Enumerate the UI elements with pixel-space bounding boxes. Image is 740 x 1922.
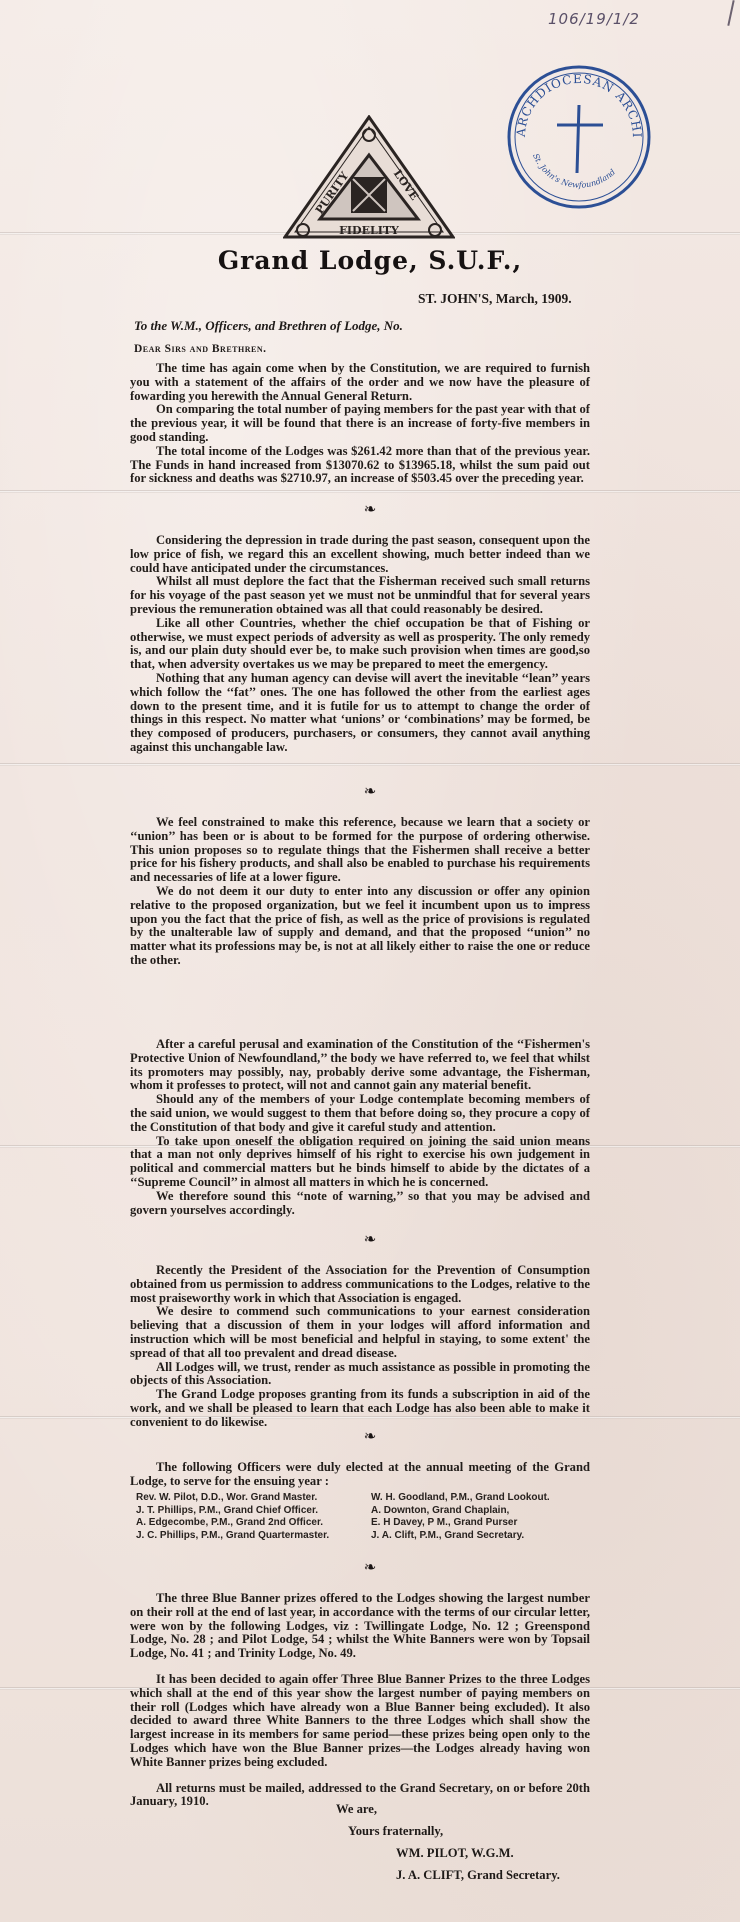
paragraph: Nothing that any human agency can devise…	[130, 672, 590, 755]
paragraph: The Grand Lodge proposes granting from i…	[130, 1388, 590, 1429]
closing-we-are: We are,	[336, 1802, 377, 1817]
section-ornament-icon: ❧	[0, 500, 740, 519]
paragraph: Whilst all must deplore the fact that th…	[130, 575, 590, 616]
dateline: ST. JOHN'S, March, 1909.	[418, 291, 572, 307]
paragraph: Like all other Countries, whether the ch…	[130, 617, 590, 672]
svg-text:St. John's Newfoundland: St. John's Newfoundland	[531, 152, 617, 190]
officer-entry: W. H. Goodland, P.M., Grand Lookout.	[371, 1492, 606, 1505]
section-ornament-icon: ❧	[0, 782, 740, 801]
letterhead-title: Grand Lodge, S.U.F.,	[0, 246, 740, 275]
section-ornament-icon: ❧	[0, 1427, 740, 1446]
archive-reference-number: 106/19/1/2	[548, 10, 640, 28]
paragraph: We desire to commend such communications…	[130, 1305, 590, 1360]
closing-yours-fraternally: Yours fraternally,	[348, 1824, 443, 1839]
paragraph: Should any of the members of your Lodge …	[130, 1093, 590, 1134]
salutation-addressee: To the W.M., Officers, and Brethren of L…	[134, 318, 403, 334]
paragraph: The time has again come when by the Cons…	[130, 362, 590, 403]
officer-entry: E. H Davey, P M., Grand Purser	[371, 1517, 606, 1530]
paragraph: We feel constrained to make this referen…	[130, 816, 590, 885]
fold-crease	[0, 490, 740, 493]
officer-entry: J. T. Phillips, P.M., Grand Chief Office…	[136, 1505, 371, 1518]
officer-entry: J. A. Clift, P.M., Grand Secretary.	[371, 1530, 606, 1543]
section-trade-depression: Considering the depression in trade duri…	[130, 534, 590, 755]
officers-list: Rev. W. Pilot, D.D., Wor. Grand Master. …	[136, 1492, 606, 1542]
signatory-grand-secretary: J. A. CLIFT, Grand Secretary.	[396, 1868, 560, 1883]
paragraph: The following Officers were duly elected…	[130, 1461, 590, 1489]
paragraph: The three Blue Banner prizes offered to …	[130, 1592, 590, 1661]
section-ornament-icon: ❧	[0, 1230, 740, 1249]
section-banner-prizes: The three Blue Banner prizes offered to …	[130, 1592, 590, 1809]
svg-text:FIDELITY: FIDELITY	[339, 224, 399, 237]
officer-entry: A. Edgecombe, P.M., Grand 2nd Officer.	[136, 1517, 371, 1530]
order-emblem-triangle-icon: PURITY LOVE FIDELITY	[283, 115, 455, 240]
paragraph: We do not deem it our duty to enter into…	[130, 885, 590, 968]
paragraph: All Lodges will, we trust, render as muc…	[130, 1361, 590, 1389]
section-fpu-warning: After a careful perusal and examination …	[130, 1038, 590, 1217]
fold-crease	[0, 763, 740, 766]
paragraph: On comparing the total number of paying …	[130, 403, 590, 444]
paragraph: To take upon oneself the obligation requ…	[130, 1135, 590, 1190]
paragraph: It has been decided to again offer Three…	[130, 1673, 590, 1770]
corner-mark	[727, 0, 734, 26]
paragraph: We therefore sound this ‘‘note of warnin…	[130, 1190, 590, 1218]
signatory-grand-master: WM. PILOT, W.G.M.	[396, 1846, 514, 1861]
officer-entry: Rev. W. Pilot, D.D., Wor. Grand Master.	[136, 1492, 371, 1505]
section-union-reference: We feel constrained to make this referen…	[130, 816, 590, 968]
officers-column-left: Rev. W. Pilot, D.D., Wor. Grand Master. …	[136, 1492, 371, 1542]
paragraph: Recently the President of the Associatio…	[130, 1264, 590, 1305]
paragraph: The total income of the Lodges was $261.…	[130, 445, 590, 486]
paragraph: Considering the depression in trade duri…	[130, 534, 590, 575]
section-officers-intro: The following Officers were duly elected…	[130, 1461, 590, 1489]
officer-entry: A. Downton, Grand Chaplain,	[371, 1505, 606, 1518]
section-consumption-association: Recently the President of the Associatio…	[130, 1264, 590, 1430]
section-ornament-icon: ❧	[0, 1558, 740, 1577]
officer-entry: J. C. Phillips, P.M., Grand Quartermaste…	[136, 1530, 371, 1543]
greeting: Dear Sirs and Brethren.	[134, 343, 267, 355]
archdiocesan-archives-stamp-icon: ARCHDIOCESAN ARCHIVES St. John's Newfoun…	[505, 63, 653, 211]
section-annual-return: The time has again come when by the Cons…	[130, 362, 590, 486]
officers-column-right: W. H. Goodland, P.M., Grand Lookout. A. …	[371, 1492, 606, 1542]
paragraph: After a careful perusal and examination …	[130, 1038, 590, 1093]
svg-text:ARCHDIOCESAN ARCHIVES: ARCHDIOCESAN ARCHIVES	[505, 63, 644, 139]
